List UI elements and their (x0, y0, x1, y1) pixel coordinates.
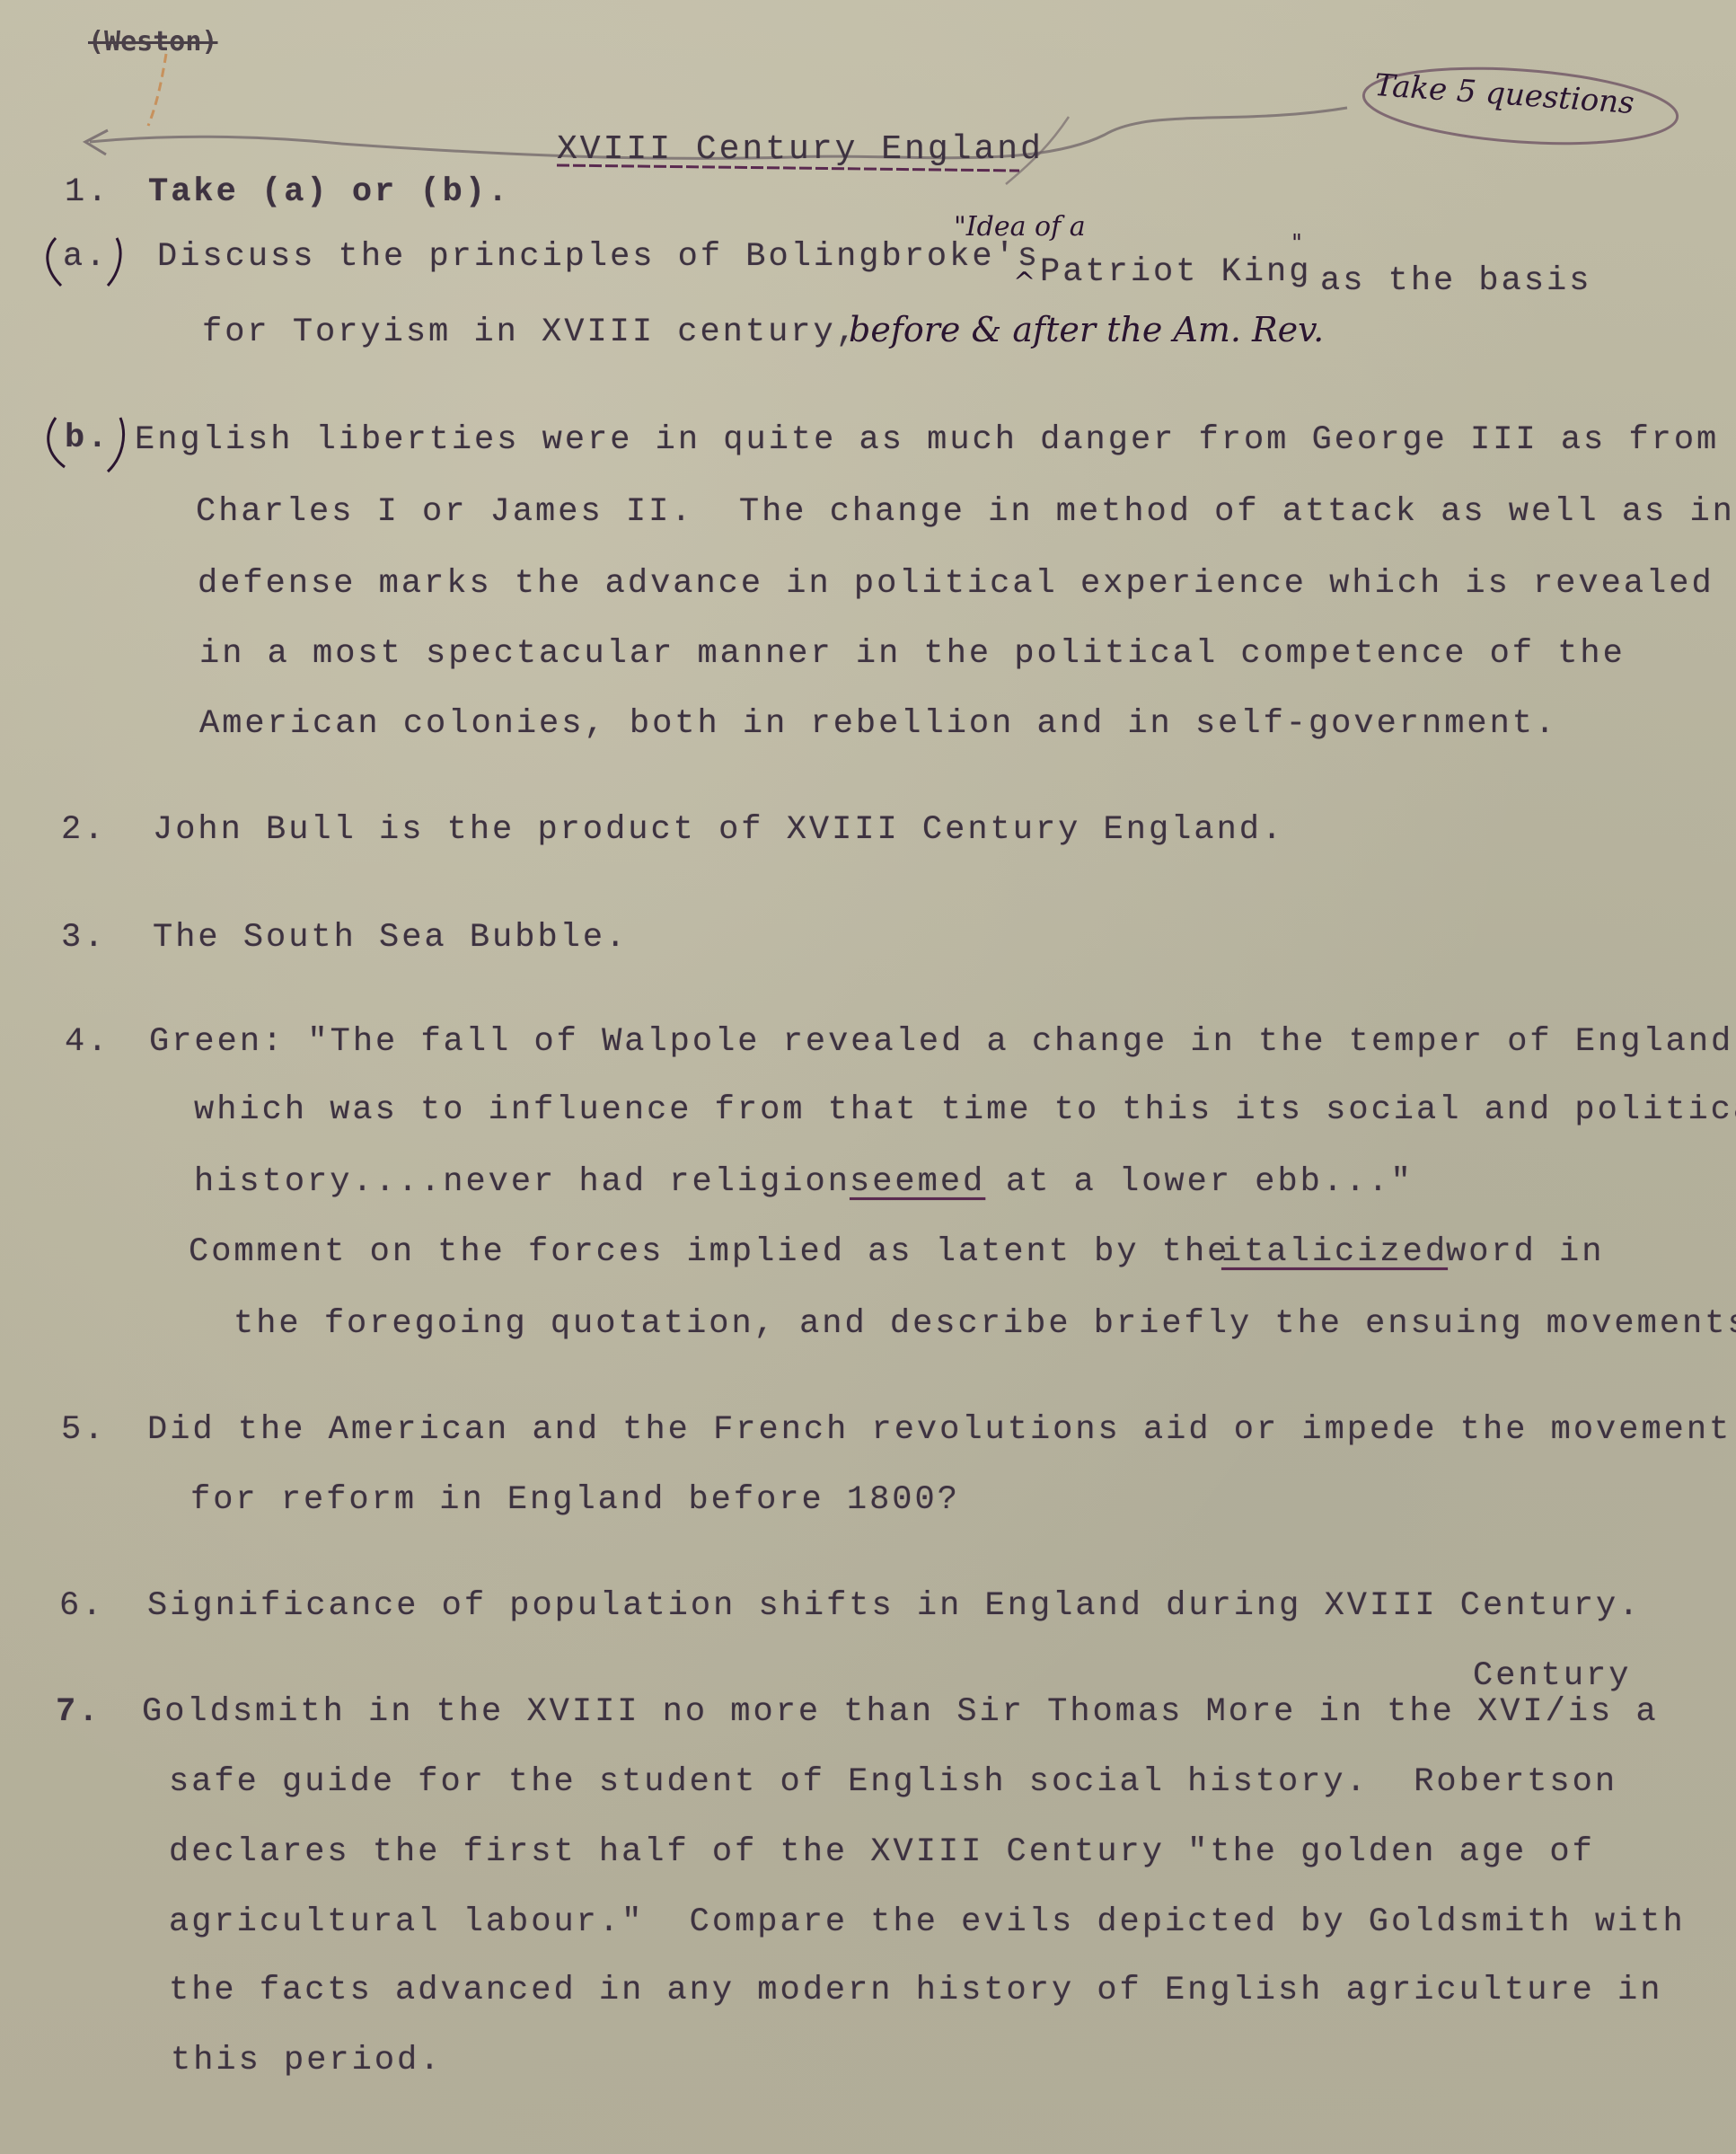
question-4-line-5: the foregoing quotation, and describe br… (234, 1308, 1736, 1341)
part-a-label: a. (63, 241, 108, 274)
paren-a-right (108, 238, 120, 286)
question-2-number: 2. (61, 814, 106, 847)
question-7-line-2: safe guide for the student of English so… (169, 1766, 1617, 1799)
part-a-caret: ^ (1013, 269, 1035, 296)
part-b-line-1: English liberties were in quite as much … (135, 424, 1719, 457)
question-7-line-5: the facts advanced in any modern history… (169, 1974, 1662, 2008)
paren-b-left (48, 418, 65, 467)
orange-pencil-mark (148, 54, 166, 126)
paren-b-right (108, 418, 124, 472)
question-4-line-4a: Comment on the forces implied as latent … (189, 1236, 1229, 1269)
part-b-line-4: in a most spectacular manner in the poli… (199, 638, 1626, 671)
question-3-number: 3. (61, 922, 106, 955)
part-a-line-2: for Toryism in XVIII century, (202, 316, 859, 349)
question-1-number: 1. (65, 176, 110, 209)
question-5-line-1: Did the American and the French revoluti… (147, 1414, 1732, 1447)
question-4-line-1: Green: "The fall of Walpole revealed a c… (149, 1026, 1733, 1059)
question-4-line-3b: at a lower ebb..." (1006, 1166, 1414, 1199)
part-a-insert-above: "Idea of a (954, 214, 1086, 241)
part-a-line-1-end: as the basis (1320, 265, 1591, 298)
question-7-line-4: agricultural labour." Compare the evils … (169, 1906, 1686, 1939)
part-b-line-3: defense marks the advance in political e… (198, 568, 1714, 601)
question-4-underlined-italicized: italicized (1221, 1236, 1448, 1269)
part-a-line-1: Discuss the principles of Bolingbroke's (157, 241, 1040, 274)
part-b-line-5: American colonies, both in rebellion and… (199, 708, 1557, 741)
part-a-handwritten-continuation: before & after the Am. Rev. (849, 313, 1324, 347)
question-4-line-2: which was to influence from that time to… (194, 1094, 1736, 1127)
question-7-line-3: declares the first half of the XVIII Cen… (169, 1836, 1595, 1869)
part-b-label: b. (65, 422, 110, 455)
page-title: XVIII Century England (557, 133, 1044, 167)
part-a-patriot-king: Patriot King (1040, 256, 1311, 289)
arrowhead-icon (85, 130, 108, 154)
question-7-line-6: this period. (171, 2044, 442, 2078)
question-4-line-3a: history....never had religion (194, 1166, 850, 1199)
part-b-line-2: Charles I or James II. The change in met… (196, 496, 1735, 529)
question-3-line-1: The South Sea Bubble. (153, 922, 628, 955)
question-5-number: 5. (61, 1414, 106, 1447)
part-a-close-quote: " (1291, 232, 1302, 255)
question-5-line-2: for reform in England before 1800? (190, 1484, 960, 1517)
question-7-line-1: Goldsmith in the XVIII no more than Sir … (142, 1696, 1659, 1729)
question-7-number: 7. (56, 1696, 101, 1729)
question-6-line-1: Significance of population shifts in Eng… (147, 1590, 1641, 1623)
paren-a-left (48, 238, 61, 286)
circled-note: Take 5 questions (1373, 70, 1635, 119)
question-6-number: 6. (59, 1590, 104, 1623)
question-4-line-4b: word in (1446, 1236, 1604, 1269)
author-name-annotation: (Weston) (88, 29, 218, 56)
question-4-number: 4. (65, 1026, 110, 1059)
question-2-line-1: John Bull is the product of XVIII Centur… (153, 814, 1284, 847)
question-4-underlined-seemed: seemed (850, 1166, 985, 1199)
question-1-text: Take (a) or (b). (148, 176, 510, 209)
question-7-insert-above: Century (1473, 1660, 1631, 1693)
